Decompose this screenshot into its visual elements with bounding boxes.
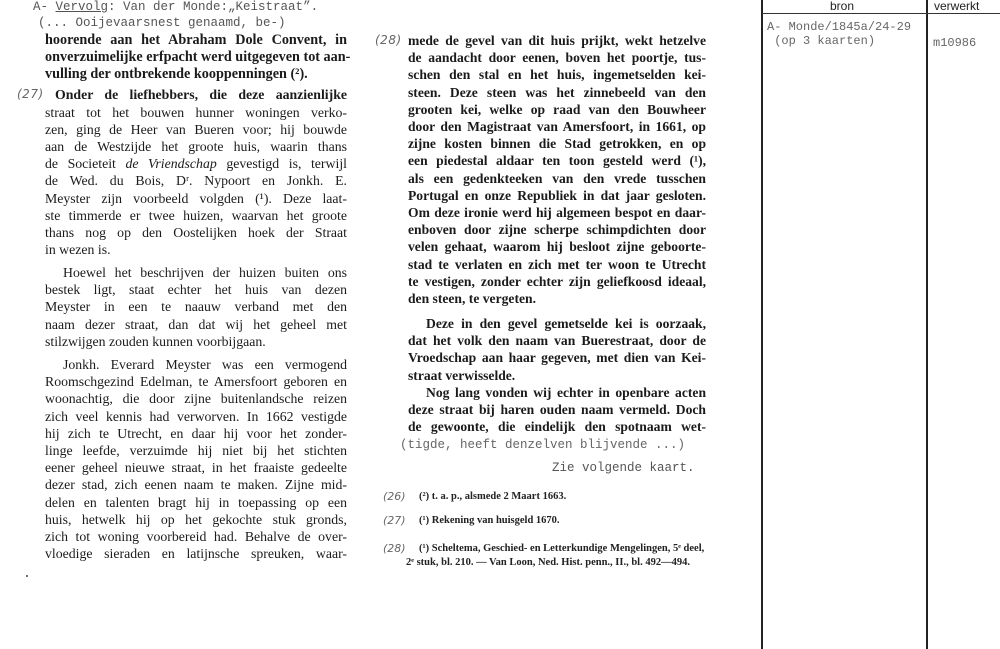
text-line: steen. Deze steen was het zinnebeeld van… — [408, 84, 706, 101]
table-column-divider — [926, 0, 928, 649]
text-line: Meyster in een te naauw verband met den — [45, 298, 347, 315]
text-line: enboven door zijne scherpe schimpdichten… — [408, 221, 706, 238]
text-line: zen, ging de Heer van Bueren voor; hij b… — [45, 121, 347, 138]
footnote-27: (¹) Rekening van huisgeld 1670. — [419, 515, 560, 526]
text-line: Portugal en onze Republiek in dat jaar g… — [408, 187, 706, 204]
text-line: deze straat bij haren ouden naam vermeld… — [408, 401, 706, 418]
text-line: dezer stad, zich eenen naam te maken. Zi… — [45, 476, 347, 493]
text-line: te vestigen, zonder echter zijn geliefko… — [408, 273, 706, 290]
margin-note-28: (28) — [375, 33, 402, 47]
text-line: Deze in den gevel gemetselde kei is oorz… — [408, 315, 706, 332]
text-line: straat tot het bouwen hunner woningen ve… — [45, 104, 347, 121]
text-line: de aandacht door eenen, boven het poortj… — [408, 49, 706, 66]
middle-paragraph-2: Deze in den gevel gemetselde kei is oorz… — [408, 315, 706, 384]
typed-continuation: (tigde, heeft denzelven blijvende ...) — [400, 438, 685, 452]
left-paragraph-3: Hoewel het beschrijven der huizen buiten… — [45, 264, 347, 350]
footnote-26: (²) t. a. p., alsmede 2 Maart 1663. — [419, 491, 566, 502]
column-header-bron: bron — [830, 0, 854, 13]
verwerkt-cell: m10986 — [933, 36, 976, 50]
text-line: thans nog op den Oostelijken hoek der St… — [45, 224, 347, 241]
text-line: hij zich te Utrecht, en daar hij voor he… — [45, 425, 347, 442]
text-line: Roomschgezind Edelman, te Amersfoort geb… — [45, 373, 347, 390]
text-line: schen den stal en het huis, ingemetselde… — [408, 66, 706, 83]
table-header-rule — [762, 13, 1000, 14]
text-line: woonachtig, die door zijne buitenlandsch… — [45, 390, 347, 407]
header-prefix: A- — [33, 0, 56, 14]
header-title: : Van der Monde:„Keistraat”. — [108, 0, 318, 14]
text-line: de gewoonte, die eindelijk den spotnaam … — [408, 418, 706, 435]
text-line: zijne kosten binnen die Stad getrokken, … — [408, 135, 706, 152]
text-line: den steen, te vergeten. — [408, 290, 706, 307]
text-line: straat verwisselde. — [408, 367, 706, 384]
text-line: dat het volk den naam van Buerestraat, d… — [408, 332, 706, 349]
text-line: eener geheel nieuwe straat, in het fraai… — [45, 459, 347, 476]
text-line: door den Magistraat van Amersfoort, in 1… — [408, 118, 706, 135]
text-line: delen en talenten bragt hij in toepassin… — [45, 494, 347, 511]
text-line: stilzwijgen zouden kunnen voorbijgaan. — [45, 333, 347, 350]
text-line: Om deze ironie werd hij algemeen bespot … — [408, 204, 706, 221]
table-left-border — [761, 0, 763, 649]
card-header: A- Vervolg: Van der Monde:„Keistraat”. — [33, 0, 318, 14]
text-line: vulling der ontbrekende kooppenningen (²… — [45, 66, 347, 83]
text-line: Jonkh. Everard Meyster was een vermogend — [45, 356, 347, 373]
text-line: de Wed. du Bois, Dʳ. Nypoort en Jonkh. E… — [45, 172, 347, 189]
left-paragraph-2-body: straat tot het bouwen hunner woningen ve… — [45, 104, 347, 259]
text-line: Hoewel het beschrijven der huizen buiten… — [45, 264, 347, 281]
header-vervolg: Vervolg — [56, 0, 109, 14]
middle-column-text: mede de gevel van dit huis prijkt, wekt … — [408, 32, 706, 307]
text-line: een piedestal aldaar ten toon gesteld we… — [408, 152, 706, 169]
text-line: in wezen is. — [45, 241, 347, 258]
text-line: stad te verlaten en zich met ter woon te… — [408, 256, 706, 273]
footnote-number-27: (27) — [383, 514, 406, 527]
text-line: huis, hetwelk hij op het gekochte stuk g… — [45, 511, 347, 528]
footnote-28-line1: (¹) Scheltema, Geschied- en Letterkundig… — [419, 543, 704, 554]
text-line: linge leefde, verzuimde hij niet bij het… — [45, 442, 347, 459]
text-line: hoorende aan het Abraham Dole Convent, i… — [45, 32, 347, 49]
text-line: de Societeit de Vriendschap gevestigd is… — [45, 155, 347, 172]
bron-cell-line1: A- Monde/1845a/24-29 — [767, 20, 911, 34]
column-header-verwerkt: verwerkt — [934, 0, 979, 13]
text-line: zich veel kennis had verworven. In 1662 … — [45, 408, 347, 425]
left-paragraph-2: Onder de liefhebbers, die deze aanzienli… — [37, 86, 347, 103]
footnote-28-line2: 2ᵉ stuk, bl. 210. — Van Loon, Ned. Hist.… — [406, 557, 690, 568]
text-line: Vroedschap aan haar gegeven, met dien va… — [408, 349, 706, 366]
text-line: velen gehaat, waarom hij besloot zijne g… — [408, 238, 706, 255]
text-line: als een gedenkteeken van den vrede tussc… — [408, 170, 706, 187]
middle-paragraph-3: Nog lang vonden wij echter in openbare a… — [408, 384, 706, 436]
text-line: aan de Westzijde het groote huis, waarin… — [45, 138, 347, 155]
see-next-card: Zie volgende kaart. — [552, 461, 695, 475]
text-line: mede de gevel van dit huis prijkt, wekt … — [408, 32, 706, 49]
text-line: naam dezer straat, dan dat wij het gehee… — [45, 316, 347, 333]
text-line: onverzuimelijke erfpacht werd uitgegeven… — [45, 49, 347, 66]
bron-cell-line2: (op 3 kaarten) — [767, 34, 875, 48]
header-continuation: (... Ooijevaarsnest genaamd, be-) — [38, 16, 286, 30]
left-column-text: hoorende aan het Abraham Dole Convent, i… — [45, 32, 347, 84]
left-paragraph-4: Jonkh. Everard Meyster was een vermogend… — [45, 356, 347, 562]
text-line: bestek ligt, staat echter het huis van d… — [45, 281, 347, 298]
speck — [26, 575, 28, 577]
footnote-number-26: (26) — [383, 490, 406, 503]
text-line: grooten kei, welke op raad van den Bouwh… — [408, 101, 706, 118]
text-line: Meyster zijn voorbeeld volgden (¹). Deze… — [45, 190, 347, 207]
text-line: zich tot woning voorbereid had. Behalve … — [45, 528, 347, 545]
text-line: ste timmerde er twee huizen, waarvan het… — [45, 207, 347, 224]
footnote-number-28: (28) — [383, 542, 406, 555]
text-line: Onder de liefhebbers, die deze aanzienli… — [37, 86, 347, 103]
text-line: Nog lang vonden wij echter in openbare a… — [408, 384, 706, 401]
text-line: vloedige sieraden en latijnsche spreuken… — [45, 545, 347, 562]
